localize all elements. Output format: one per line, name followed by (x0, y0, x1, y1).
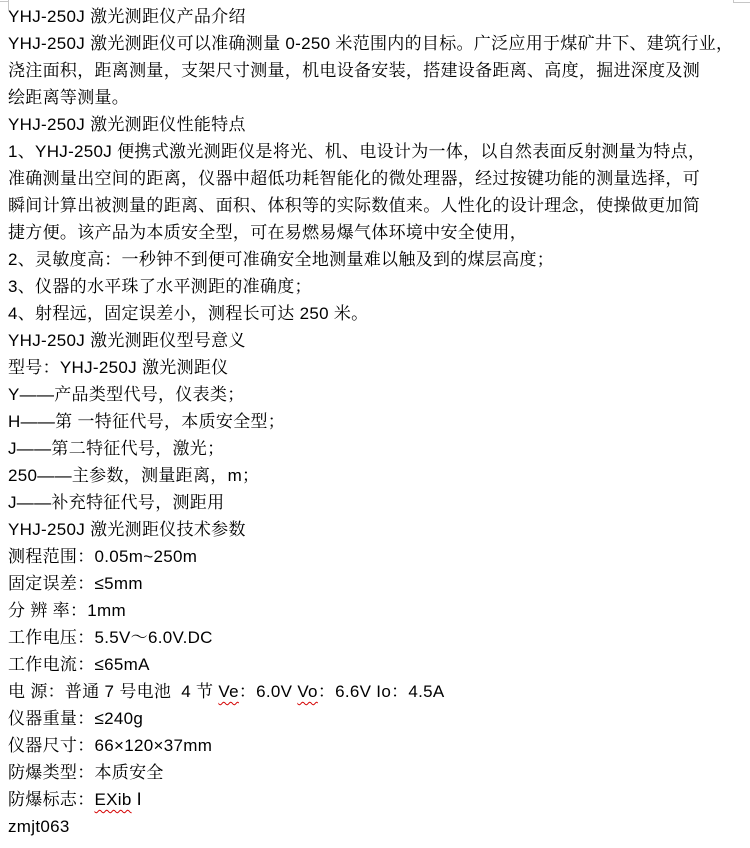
feature-3: 3、仪器的水平珠了水平测距的准确度； (8, 273, 742, 300)
text-run: YHJ-250J 激光测距仪产品介绍 (8, 7, 246, 26)
text-run: zmjt063 (8, 817, 70, 836)
text-run: ：6.0V (239, 682, 298, 701)
text-run: 防爆标志： (8, 790, 95, 809)
text-run: 250——主参数，测量距离，m； (8, 466, 259, 485)
feature-4: 4、射程远，固定误差小，测程长可达 250 米。 (8, 300, 742, 327)
para-intro-line-1: YHJ-250J 激光测距仪可以准确测量 0-250 米范围内的目标。广泛应用于… (8, 30, 742, 57)
heading-product-intro: YHJ-250J 激光测距仪产品介绍 (8, 3, 742, 30)
text-run: ：6.6V Io：4.5A (318, 682, 445, 701)
misspelled-word: Vo (297, 682, 317, 701)
param-working-voltage: 工作电压：5.5V～6.0V.DC (8, 624, 742, 651)
para-intro-line-2: 浇注面积，距离测量，支架尺寸测量，机电设备安装，搭建设备距离、高度，掘进深度及测 (8, 57, 742, 84)
text-run: 绘距离等测量。 (8, 88, 129, 107)
text-run: H——第 一特征代号，本质安全型； (8, 412, 285, 431)
text-run: 测程范围：0.05m~250m (8, 547, 197, 566)
code-J2: J——补充特征代号，测距用 (8, 489, 742, 516)
text-run: 捷方便。该产品为本质安全型，可在易燃易爆气体环境中安全使用， (8, 223, 527, 242)
misspelled-word: EXib (95, 790, 132, 809)
text-run: J——第二特征代号，激光； (8, 439, 224, 458)
text-run: 工作电流：≤65mA (8, 655, 150, 674)
text-run: J——补充特征代号，测距用 (8, 493, 224, 512)
text-run: 浇注面积，距离测量，支架尺寸测量，机电设备安装，搭建设备距离、高度，掘进深度及测 (8, 61, 700, 80)
text-run: 仪器尺寸：66×120×37mm (8, 736, 212, 755)
feature-1-line-3: 瞬间计算出被测量的距离、面积、体积等的实际数值来。人性化的设计理念，使操做更加简 (8, 192, 742, 219)
text-run: 2、灵敏度高：一秒钟不到便可准确安全地测量难以触及到的煤层高度； (8, 250, 554, 269)
watermark-code: zmjt063 (8, 813, 742, 840)
text-run: 4、射程远，固定误差小，测程长可达 250 米。 (8, 304, 368, 323)
text-run: 3、仪器的水平珠了水平测距的准确度； (8, 277, 312, 296)
param-dimensions: 仪器尺寸：66×120×37mm (8, 732, 742, 759)
text-run: 仪器重量：≤240g (8, 709, 143, 728)
text-run: 分 辨 率：1mm (8, 601, 126, 620)
text-run: 固定误差：≤5mm (8, 574, 143, 593)
feature-1-line-1: 1、YHJ-250J 便携式激光测距仪是将光、机、电设计为一体，以自然表面反射测… (8, 138, 742, 165)
feature-2: 2、灵敏度高：一秒钟不到便可准确安全地测量难以触及到的煤层高度； (8, 246, 742, 273)
text-run: 1、YHJ-250J 便携式激光测距仪是将光、机、电设计为一体，以自然表面反射测… (8, 142, 705, 161)
text-run: YHJ-250J 激光测距仪可以准确测量 0-250 米范围内的目标。广泛应用于… (8, 34, 733, 53)
param-explosionproof-mark: 防爆标志：EXib Ⅰ (8, 786, 742, 813)
param-fixed-error: 固定误差：≤5mm (8, 570, 742, 597)
param-resolution: 分 辨 率：1mm (8, 597, 742, 624)
text-run: YHJ-250J 激光测距仪技术参数 (8, 520, 246, 539)
para-intro-line-3: 绘距离等测量。 (8, 84, 742, 111)
text-boundary-mark-top-left-horizontal (0, 1, 9, 2)
code-J1: J——第二特征代号，激光； (8, 435, 742, 462)
param-explosionproof-type: 防爆类型：本质安全 (8, 759, 742, 786)
text-run: 防爆类型：本质安全 (8, 763, 164, 782)
param-weight: 仪器重量：≤240g (8, 705, 742, 732)
text-run: 准确测量出空间的距离，仪器中超低功耗智能化的微处理器，经过按键功能的测量选择，可 (8, 169, 700, 188)
feature-1-line-4: 捷方便。该产品为本质安全型，可在易燃易爆气体环境中安全使用， (8, 219, 742, 246)
text-run: YHJ-250J 激光测距仪型号意义 (8, 331, 246, 350)
text-run: Y——产品类型代号，仪表类； (8, 385, 245, 404)
text-run: YHJ-250J 激光测距仪性能特点 (8, 115, 246, 134)
heading-tech-params: YHJ-250J 激光测距仪技术参数 (8, 516, 742, 543)
text-run: Ⅰ (132, 790, 142, 809)
model-designation: 型号：YHJ-250J 激光测距仪 (8, 354, 742, 381)
code-250: 250——主参数，测量距离，m； (8, 462, 742, 489)
heading-features: YHJ-250J 激光测距仪性能特点 (8, 111, 742, 138)
text-run: 型号：YHJ-250J 激光测距仪 (8, 358, 228, 377)
feature-1-line-2: 准确测量出空间的距离，仪器中超低功耗智能化的微处理器，经过按键功能的测量选择，可 (8, 165, 742, 192)
text-run: 电 源：普通 7 号电池 4 节 (8, 682, 218, 701)
code-H: H——第 一特征代号，本质安全型； (8, 408, 742, 435)
param-power-supply: 电 源：普通 7 号电池 4 节 Ve：6.0V Vo：6.6V Io：4.5A (8, 678, 742, 705)
misspelled-word: Ve (218, 682, 238, 701)
text-run: 工作电压：5.5V～6.0V.DC (8, 628, 213, 647)
param-measuring-range: 测程范围：0.05m~250m (8, 543, 742, 570)
text-run: 瞬间计算出被测量的距离、面积、体积等的实际数值来。人性化的设计理念，使操做更加简 (8, 196, 700, 215)
param-working-current: 工作电流：≤65mA (8, 651, 742, 678)
code-Y: Y——产品类型代号，仪表类； (8, 381, 742, 408)
document-body[interactable]: YHJ-250J 激光测距仪产品介绍YHJ-250J 激光测距仪可以准确测量 0… (8, 3, 742, 840)
heading-model-meaning: YHJ-250J 激光测距仪型号意义 (8, 327, 742, 354)
